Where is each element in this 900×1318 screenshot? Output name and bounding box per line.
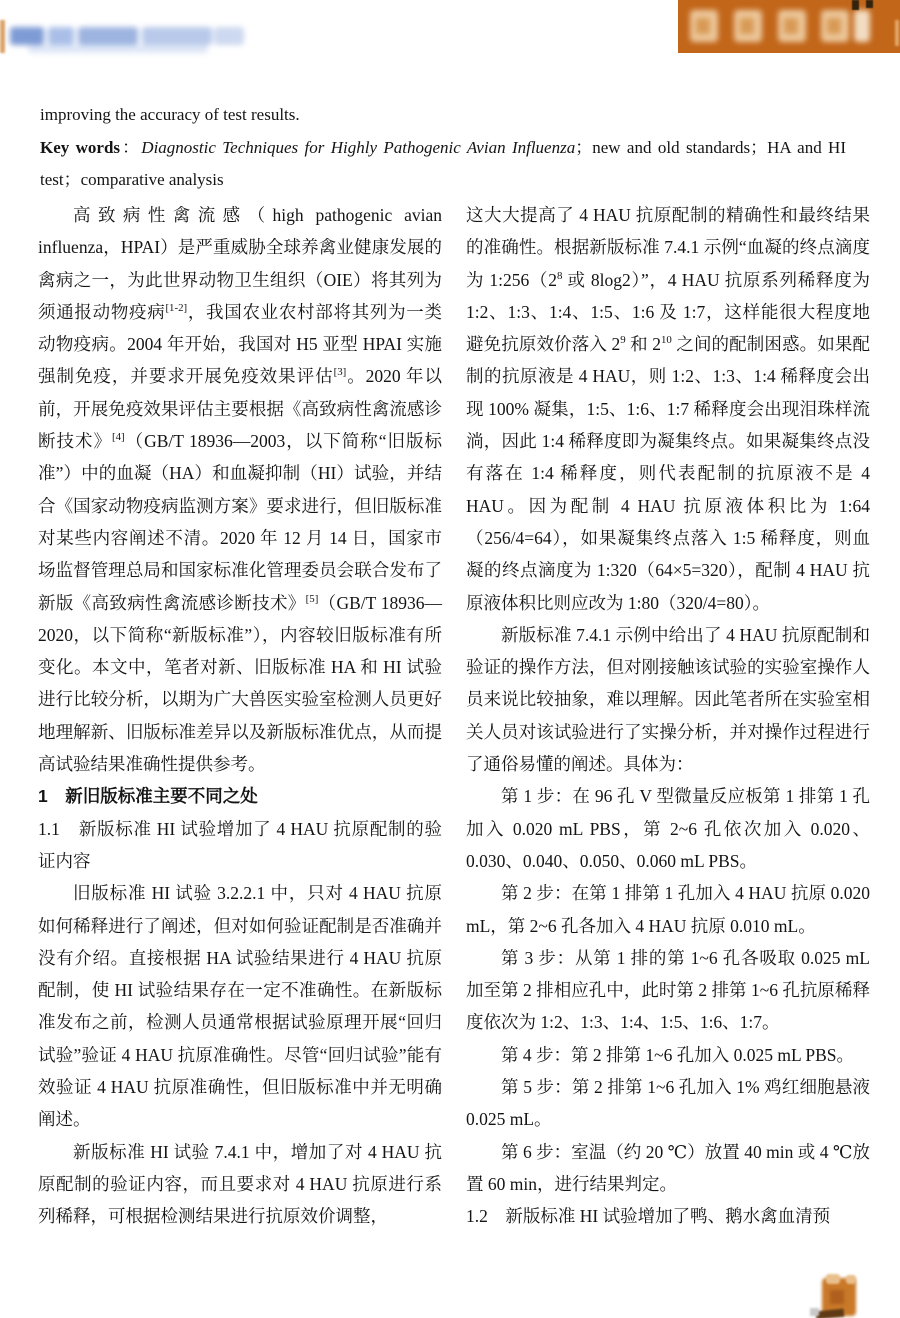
keywords-title: Diagnostic Techniques for Highly Pathoge… — [141, 138, 575, 157]
subsection-1-1-heading: 1.1 新版标准 HI 试验增加了 4 HAU 抗原配制的验证内容 — [38, 813, 442, 878]
body-columns: 高致病性禽流感（high pathogenic avian influenza，… — [38, 199, 870, 1233]
step-2: 第 2 步：在第 1 排第 1 孔加入 4 HAU 抗原 0.020 mL，第 … — [466, 877, 870, 942]
step-1: 第 1 步：在 96 孔 V 型微量反应板第 1 排第 1 孔加入 0.020 … — [466, 780, 870, 877]
step-3: 第 3 步：从第 1 排的第 1~6 孔各吸取 0.025 mL 加至第 2 排… — [466, 942, 870, 1039]
new-standard-paragraph-continuation: 这大大提高了 4 HAU 抗原配制的精确性和最终结果的准确性。根据新版标准 7.… — [466, 199, 870, 619]
page-number-blurred — [816, 1272, 866, 1318]
abstract-block: improving the accuracy of test results. … — [40, 99, 846, 197]
banner-glyph-blur — [778, 10, 806, 42]
journal-name-blurred — [8, 23, 248, 53]
keywords-line: Key words：Diagnostic Techniques for High… — [40, 132, 846, 197]
intro-paragraph: 高致病性禽流感（high pathogenic avian influenza，… — [38, 199, 442, 780]
banner-glyph-blur — [690, 10, 718, 42]
step-4: 第 4 步：第 2 排第 1~6 孔加入 0.025 mL PBS。 — [466, 1039, 870, 1071]
paper-page: improving the accuracy of test results. … — [0, 0, 900, 1318]
abstract-tail-line: improving the accuracy of test results. — [40, 99, 846, 132]
banner-glyph-blur — [854, 10, 870, 42]
step-5: 第 5 步：第 2 排第 1~6 孔加入 1% 鸡红细胞悬液 0.025 mL。 — [466, 1071, 870, 1136]
banner-top-mark — [866, 0, 873, 8]
old-standard-paragraph: 旧版标准 HI 试验 3.2.2.1 中，只对 4 HAU 抗原如何稀释进行了阐… — [38, 877, 442, 1135]
left-edge-mark — [0, 20, 5, 53]
operation-analysis-paragraph: 新版标准 7.4.1 示例中给出了 4 HAU 抗原配制和验证的操作方法，但对刚… — [466, 619, 870, 780]
keywords-colon: ： — [120, 138, 141, 157]
banner-glyph-blur — [734, 10, 762, 42]
section-1-heading: 1 新旧版标准主要不同之处 — [38, 780, 442, 812]
step-6: 第 6 步：室温（约 20 ℃）放置 40 min 或 4 ℃放置 60 min… — [466, 1136, 870, 1201]
banner-top-mark — [852, 0, 859, 10]
subsection-1-2-heading: 1.2 新版标准 HI 试验增加了鸭、鹅水禽血清预 — [466, 1200, 870, 1232]
left-column: 高致病性禽流感（high pathogenic avian influenza，… — [38, 199, 442, 1233]
right-column: 这大大提高了 4 HAU 抗原配制的精确性和最终结果的准确性。根据新版标准 7.… — [466, 199, 870, 1233]
keywords-label: Key words — [40, 138, 120, 157]
banner-glyph-blur — [821, 10, 849, 42]
new-standard-paragraph-start: 新版标准 HI 试验 7.4.1 中，增加了对 4 HAU 抗原配制的验证内容，… — [38, 1136, 442, 1233]
